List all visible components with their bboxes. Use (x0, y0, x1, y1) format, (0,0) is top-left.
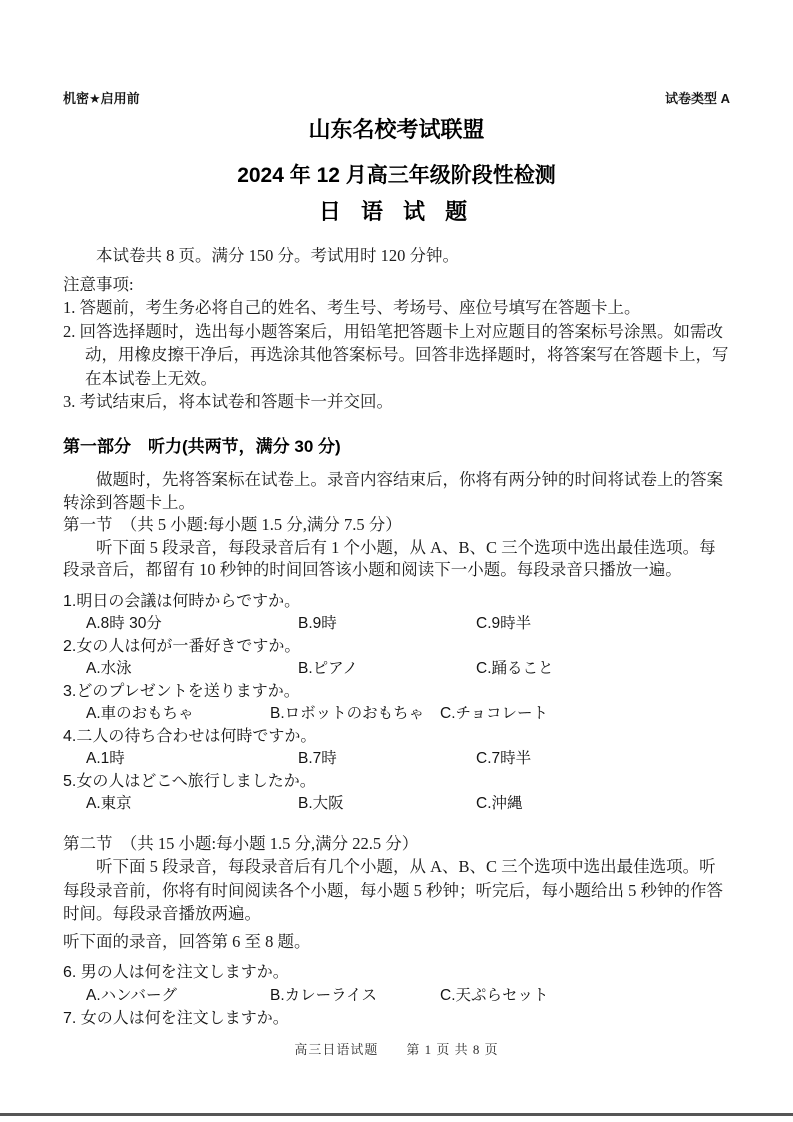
option-c: C.踊ること (476, 658, 730, 681)
option-b: B.ピアノ (298, 658, 476, 681)
option-c: C.チョコレート (440, 703, 730, 726)
option-a: A.水泳 (86, 658, 298, 681)
question-6-stem: 6. 男の人は何を注文しますか。 (63, 961, 730, 984)
question-1-stem: 1.明日の会議は何時からですか。 (63, 591, 730, 614)
question-2-stem: 2.女の人は何が一番好きですか。 (63, 636, 730, 659)
option-b: B.7時 (298, 748, 476, 771)
page-footer: 高三日语试题 第 1 页 共 8 页 (0, 1042, 793, 1057)
part1-heading: 第一部分 听力(共两节，满分 30 分) (63, 435, 730, 459)
question-6-options: A.ハンバーグ B.カレーライス C.天ぷらセット (86, 984, 730, 1007)
option-a: A.車のおもちゃ (86, 703, 270, 726)
section1-instruction: 听下面 5 段录音，每段录音后有 1 个小题，从 A、B、C 三个选项中选出最佳… (63, 537, 730, 582)
option-b: B.カレーライス (270, 984, 440, 1007)
question-2-options: A.水泳 B.ピアノ C.踊ること (86, 658, 730, 681)
paper-summary: 本试卷共 8 页。满分 150 分。考试用时 120 分钟。 (63, 244, 730, 268)
confidential-label: 机密★启用前 (63, 92, 140, 106)
question-3-stem: 3.どのプレゼントを送りますか。 (63, 681, 730, 704)
exam-paper-page: 机密★启用前 试卷类型 A 山东名校考试联盟 2024 年 12 月高三年级阶段… (0, 0, 793, 1122)
subject-title: 日 语 试 题 (63, 200, 730, 224)
option-b: B.ロボットのおもちゃ (270, 703, 440, 726)
section1-questions: 1.明日の会議は何時からですか。 A.8時 30分 B.9時 C.9時半 2.女… (63, 591, 730, 816)
section1-heading: 第一节 （共 5 小题:每小题 1.5 分,满分 7.5 分） (63, 514, 730, 537)
part1-instruction: 做题时，先将答案标在试卷上。录音内容结束后，你将有两分钟的时间将试卷上的答案转涂… (63, 469, 730, 514)
question-4-stem: 4.二人の待ち合わせは何時ですか。 (63, 726, 730, 749)
notice-item-1: 1. 答题前，考生务必将自己的姓名、考生号、考场号、座位号填写在答题卡上。 (63, 296, 730, 320)
option-c: C.7時半 (476, 748, 730, 771)
paper-type-label: 试卷类型 A (665, 92, 730, 106)
option-c: C.9時半 (476, 613, 730, 636)
option-a: A.ハンバーグ (86, 984, 270, 1007)
option-c: C.天ぷらセット (440, 984, 730, 1007)
option-c: C.沖縄 (476, 793, 730, 816)
notice-item-3: 3. 考试结束后，将本试卷和答题卡一并交回。 (63, 390, 730, 414)
section2-listen-prompt: 听下面的录音，回答第 6 至 8 题。 (63, 930, 730, 954)
option-a: A.東京 (86, 793, 298, 816)
exam-session-title: 2024 年 12 月高三年级阶段性检测 (63, 164, 730, 188)
notice-item-2: 2. 回答选择题时，选出每小题答案后，用铅笔把答题卡上对应题目的答案标号涂黑。如… (63, 320, 730, 391)
option-b: B.大阪 (298, 793, 476, 816)
page-header: 机密★启用前 试卷类型 A (63, 92, 730, 106)
section2-instruction: 听下面 5 段录音，每段录音后有几个小题，从 A、B、C 三个选项中选出最佳选项… (63, 855, 730, 926)
notice-heading: 注意事项: (63, 273, 730, 297)
organization-title: 山东名校考试联盟 (63, 118, 730, 142)
scan-edge-line (0, 1113, 793, 1116)
section2-heading: 第二节 （共 15 小题:每小题 1.5 分,满分 22.5 分） (63, 832, 730, 856)
question-7-stem: 7. 女の人は何を注文しますか。 (63, 1007, 730, 1030)
question-5-options: A.東京 B.大阪 C.沖縄 (86, 793, 730, 816)
option-b: B.9時 (298, 613, 476, 636)
question-1-options: A.8時 30分 B.9時 C.9時半 (86, 613, 730, 636)
question-5-stem: 5.女の人はどこへ旅行しましたか。 (63, 771, 730, 794)
question-3-options: A.車のおもちゃ B.ロボットのおもちゃ C.チョコレート (86, 703, 730, 726)
option-a: A.8時 30分 (86, 613, 298, 636)
section2-questions: 6. 男の人は何を注文しますか。 A.ハンバーグ B.カレーライス C.天ぷらセ… (63, 961, 730, 1030)
option-a: A.1時 (86, 748, 298, 771)
question-4-options: A.1時 B.7時 C.7時半 (86, 748, 730, 771)
